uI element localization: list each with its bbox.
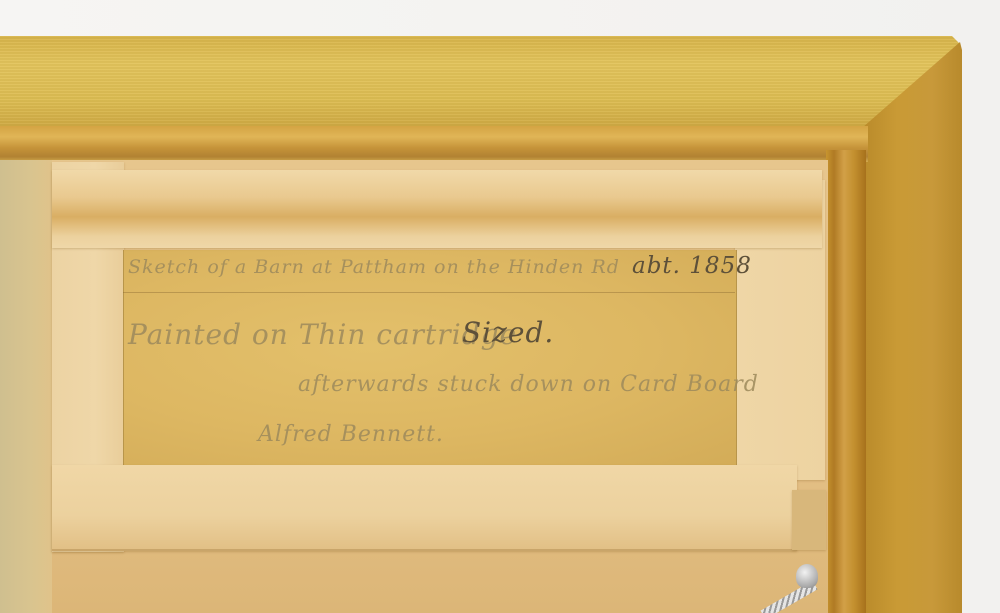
label-medium-sized: Sized.	[462, 316, 554, 349]
wire-hanger-icon	[796, 564, 818, 588]
tape-top	[52, 170, 822, 248]
label-signature: Alfred Bennett.	[258, 422, 444, 447]
frame-top-rail	[0, 36, 960, 128]
frame-rabbet-right	[826, 150, 866, 613]
tape-strip-right	[792, 490, 826, 550]
frame-rabbet-top	[0, 126, 868, 162]
label-mount-line: afterwards stuck down on Card Board	[298, 372, 759, 397]
label-title-line: Sketch of a Barn at Pattham on the Hinde…	[128, 256, 620, 278]
frame-right-rail	[862, 36, 962, 613]
label-ruled-line	[123, 292, 735, 293]
label-medium-line: Painted on Thin cartridge	[128, 318, 517, 351]
backing-paper-left-edge	[0, 160, 52, 613]
label-date: abt. 1858	[632, 253, 752, 279]
photo-scene: Sketch of a Barn at Pattham on the Hinde…	[0, 0, 1000, 613]
tape-bottom	[52, 465, 797, 551]
